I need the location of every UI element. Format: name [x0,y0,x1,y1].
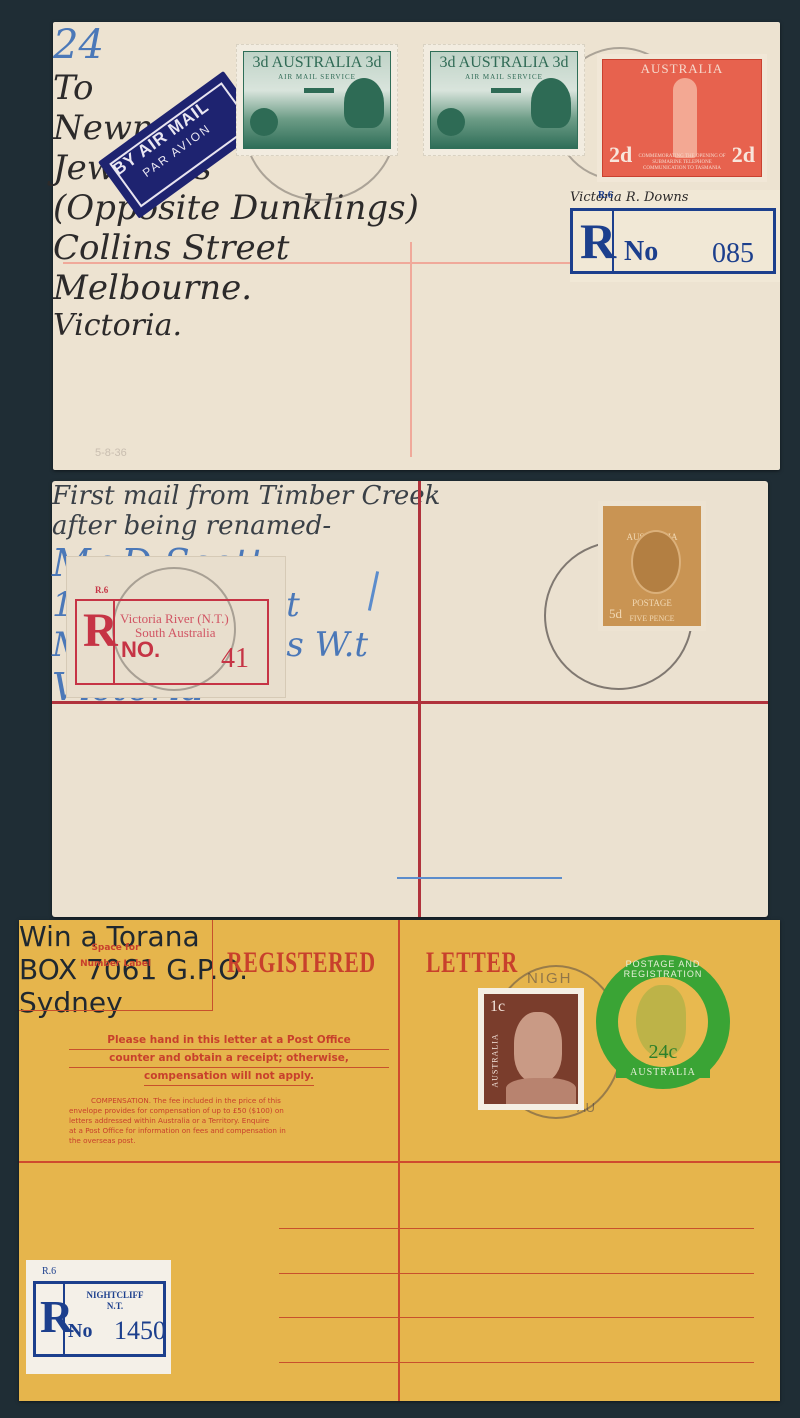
post-office-state: N.T. [66,1301,164,1311]
label-text: Number Label [19,956,212,972]
registration-number: 085 [712,238,754,270]
imprint-text: POSTAGE AND REGISTRATION [596,959,730,979]
queen-portrait-icon [514,1012,562,1082]
notice-line: COMPENSATION. The fee included in the pr… [69,1096,389,1106]
red-guide-line-h [63,262,583,264]
form-code: R.6 [42,1266,56,1277]
stamp-value: 1c [490,998,505,1016]
heading-registered: REGISTERED [227,946,376,980]
pencil-date: 5-8-36 [95,447,127,459]
post-office-name: NIGHTCLIFF [66,1290,164,1300]
registration-label: R.6 R NIGHTCLIFF N.T. No 1450 [26,1260,171,1374]
stamp-value: 5d [609,606,622,622]
red-guide-line-v [418,481,421,917]
address-rule [279,1228,754,1229]
notice-line: the overseas post. [69,1136,389,1146]
label-text: Space for [19,940,212,956]
tree-icon [250,108,278,136]
address-state: Victoria. [53,308,780,343]
form-code: R.6 [95,585,108,595]
heading-letter: LETTER [426,946,518,980]
tree-icon [344,78,384,128]
tree-icon [531,78,571,128]
imprint-country: AUSTRALIA [616,1067,710,1078]
stamp-caption: COMMEMORATING THE OPENING OF SUBMARINE T… [633,154,731,172]
address-rule [279,1317,754,1318]
red-guide-line-v [410,242,412,457]
address-rule [279,1273,754,1274]
red-guide-line-h [52,701,768,704]
postmark-text: NIGH [527,970,573,987]
stamp-value: 2d [732,142,755,168]
notice-line: envelope provides for compensation of up… [69,1106,389,1116]
stamp-airmail-3d: 3d AUSTRALIA 3d AIR MAIL SERVICE [236,44,398,156]
stamp-telephone-2d: AUSTRALIA 2d 2d COMMEMORATING THE OPENIN… [597,54,767,182]
airplane-icon [491,88,521,93]
imprint-value: 24c [596,1041,730,1064]
postage-imprint: POSTAGE AND REGISTRATION 24c AUSTRALIA [596,955,730,1089]
registered-cover-victoria-river: First mail from Timber Creek after being… [52,481,768,917]
red-guide-line-h [19,1161,780,1163]
registration-label: R.6 R Victoria R. Downs No 085 [570,190,780,282]
notice-line: letters addressed within Australia or a … [69,1116,389,1126]
stamp-value: 2d [609,142,632,168]
underline [397,877,562,879]
registration-label: R.6 R Victoria River (N.T.) South Austra… [66,556,286,698]
instruction-block: Please hand in this letter at a Post Off… [69,1032,389,1086]
notice-line: at a Post Office for information on fees… [69,1126,389,1136]
stamp-king-george-5d: AUSTRALIA POSTAGE FIVE PENCE 5d [598,501,706,631]
number-label: No [68,1320,92,1343]
airmail-cover: BY AIR MAIL PAR AVION 3d AUSTRALIA 3d AI… [53,22,780,470]
portrait-icon [631,530,681,594]
stamp-country: 3d AUSTRALIA 3d [244,54,390,72]
airplane-icon [304,88,334,93]
registered-letter-r: R [580,212,616,270]
registration-number: 1450 [114,1316,166,1346]
form-code: R.6 [598,190,613,201]
registered-letter-envelope: Space for Number Label REGISTERED LETTER… [19,920,780,1401]
number-label: NO. [121,637,160,663]
tree-icon [437,108,465,136]
registration-number: 41 [221,643,249,675]
number-label: No [624,236,658,268]
stamp-country: 3d AUSTRALIA 3d [431,54,577,72]
address-rule [279,1362,754,1363]
stamp-queen-1c: 1c AUSTRALIA [478,988,584,1110]
instruction-line: Please hand in this letter at a Post Off… [69,1032,389,1050]
stamp-airmail-3d: 3d AUSTRALIA 3d AIR MAIL SERVICE [423,44,585,156]
number-label-space: Space for Number Label [19,940,212,972]
compensation-notice: COMPENSATION. The fee included in the pr… [69,1096,389,1146]
figure-icon [673,78,697,158]
stamp-country: AUSTRALIA [491,1033,500,1087]
instruction-line: counter and obtain a receipt; otherwise, [69,1050,389,1068]
instruction-line: compensation will not apply. [144,1068,314,1086]
stamp-country: AUSTRALIA [603,61,761,77]
